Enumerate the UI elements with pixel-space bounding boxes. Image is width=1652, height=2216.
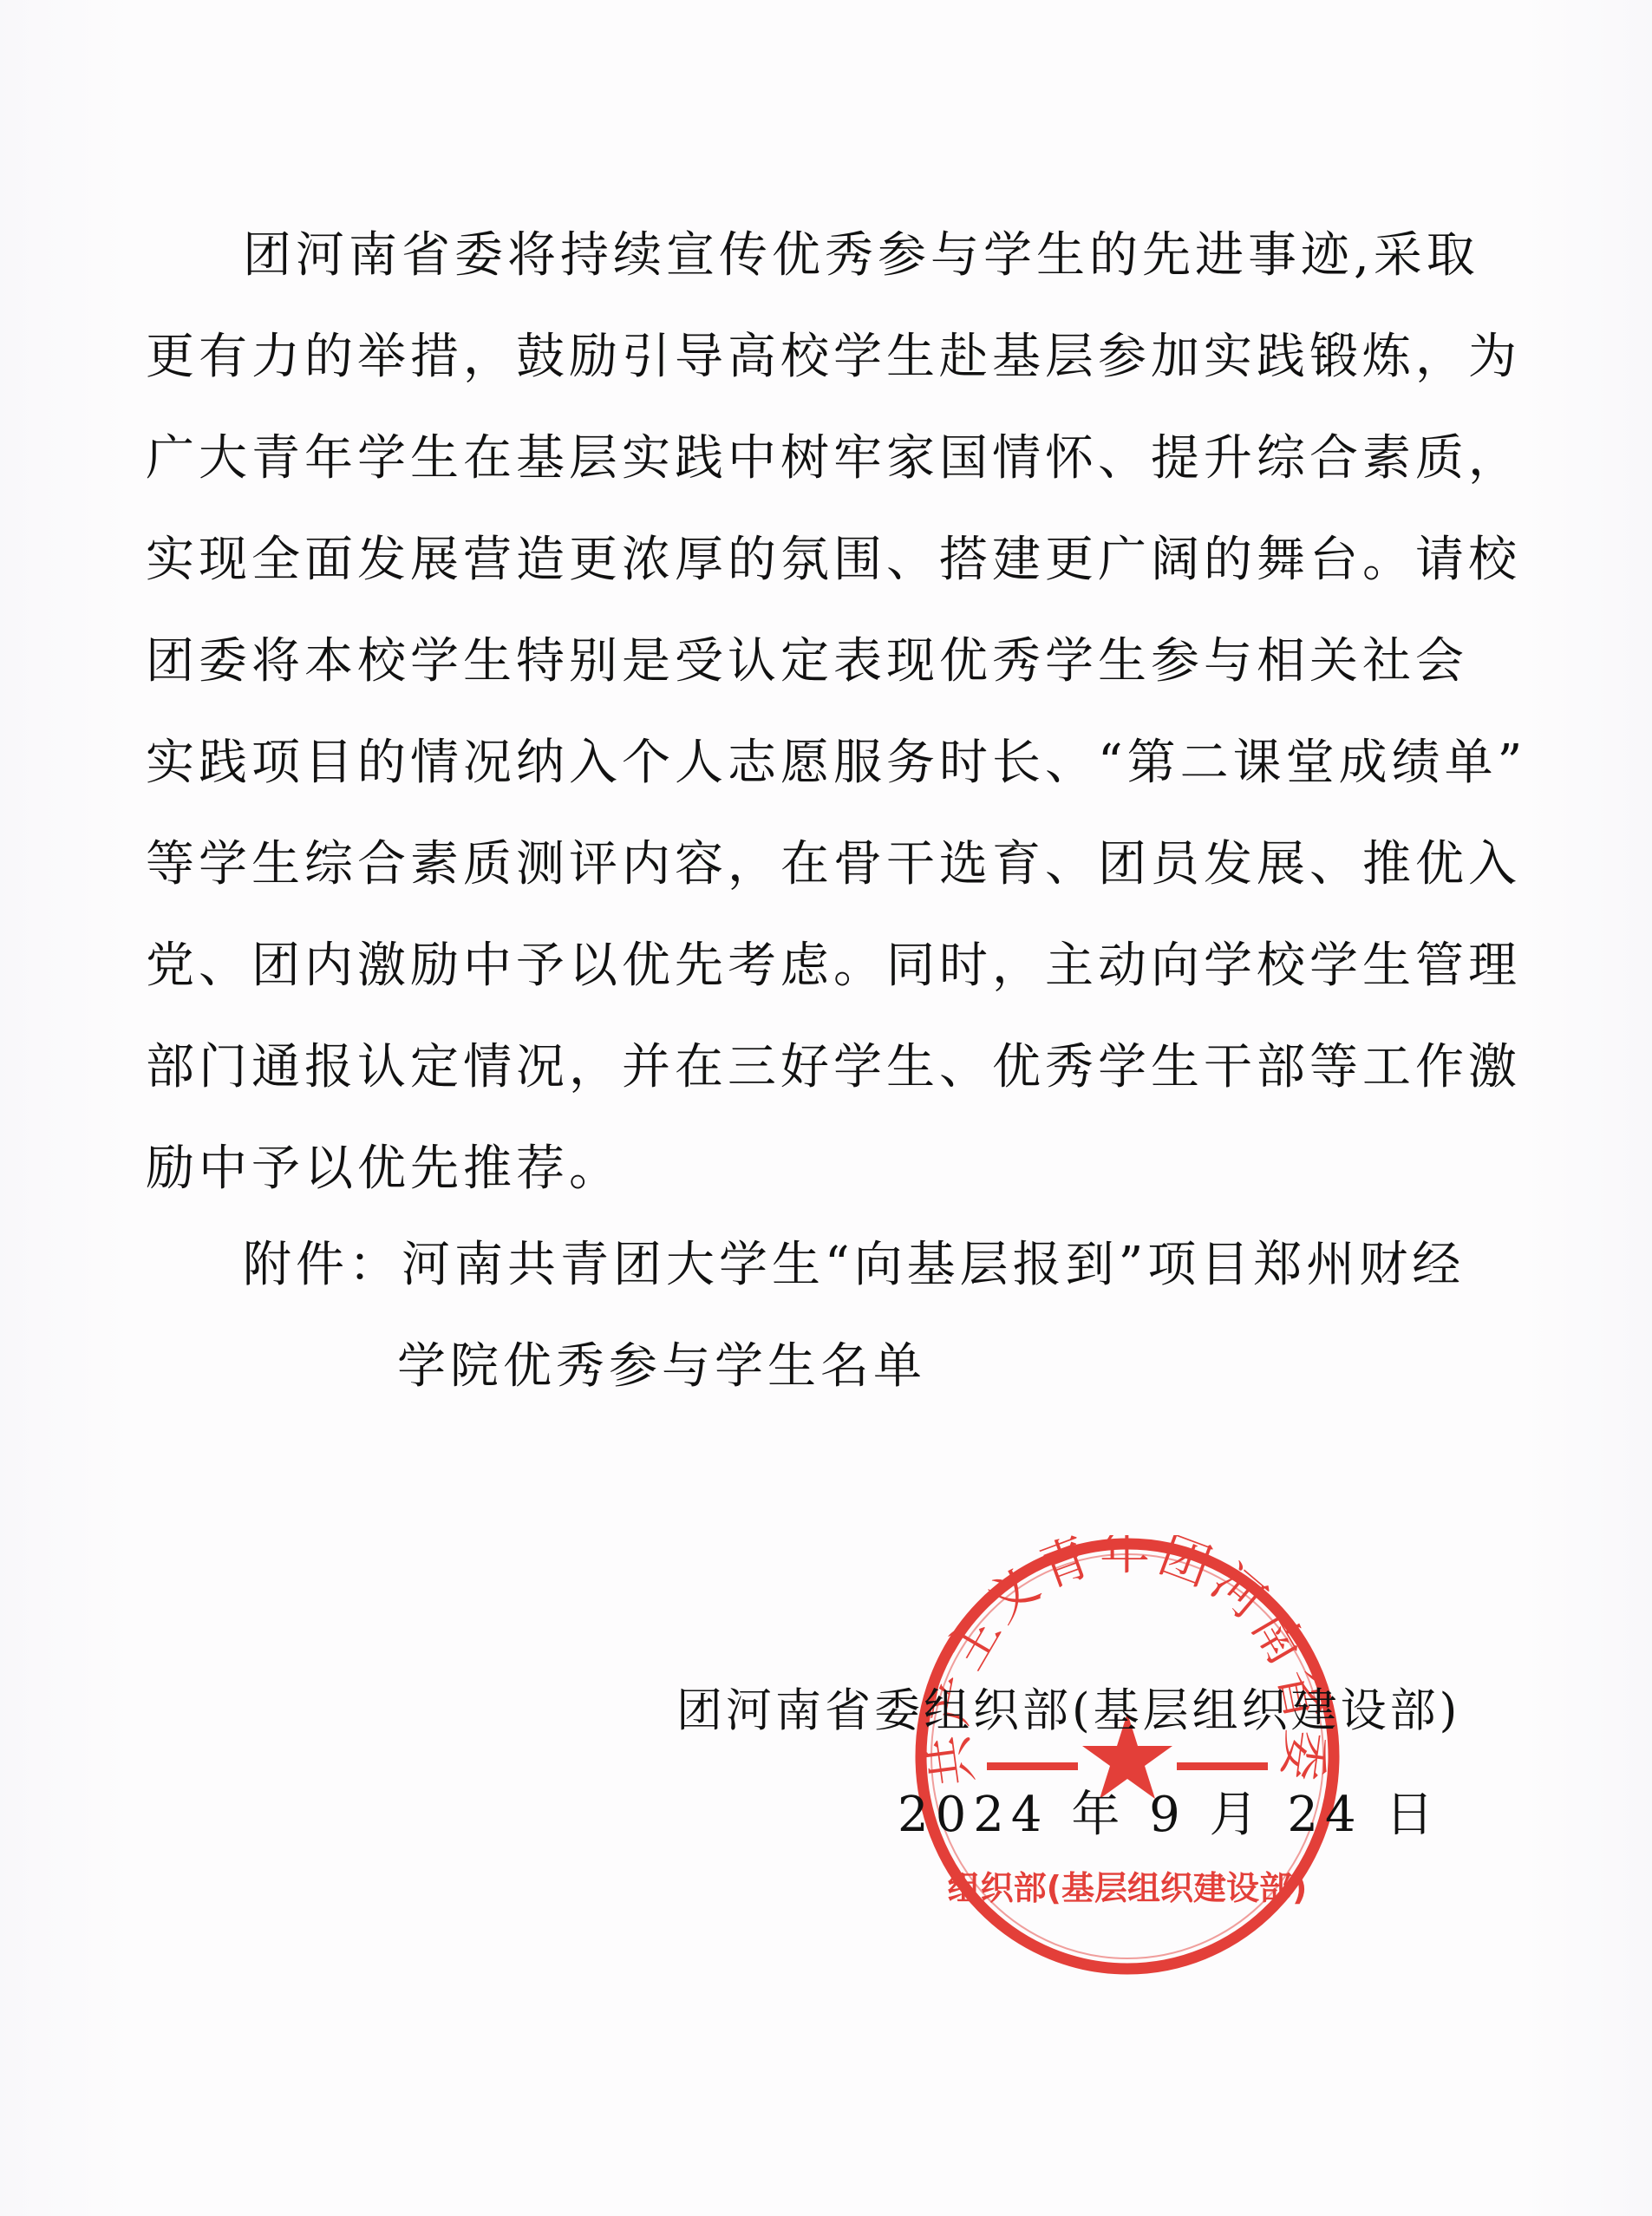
body-line: 部门通报认定情况，并在三好学生、优秀学生干部等工作激 (146, 1016, 1499, 1118)
body-line: 等学生综合素质测评内容，在骨干选育、团员发展、推优入 (146, 814, 1499, 915)
svg-text:组织部(基层组织建设部): 组织部(基层组织建设部) (948, 1869, 1308, 1907)
issue-date: 2024 年 9 月 24 日 (898, 1776, 1440, 1846)
body-line: 团委将本校学生特别是受认定表现优秀学生参与相关社会 (146, 611, 1499, 712)
attachment-note: 附件：河南共青团大学生“向基层报到”项目郑州财经 学院优秀参与学生名单 (243, 1214, 1465, 1417)
document-page: 团河南省委将持续宣传优秀参与学生的先进事迹,采取 更有力的举措，鼓励引导高校学生… (0, 0, 1652, 2216)
body-line: 实践项目的情况纳入个人志愿服务时长、“第二课堂成绩单” (146, 712, 1499, 814)
attachment-line: 学院优秀参与学生名单 (243, 1316, 1465, 1417)
body-line: 更有力的举措，鼓励引导高校学生赴基层参加实践锻炼，为 (146, 306, 1499, 408)
body-line: 党、团内激励中予以优先考虑。同时，主动向学校学生管理 (146, 915, 1499, 1016)
attachment-line: 附件：河南共青团大学生“向基层报到”项目郑州财经 (243, 1214, 1465, 1316)
body-paragraph: 团河南省委将持续宣传优秀参与学生的先进事迹,采取 更有力的举措，鼓励引导高校学生… (146, 205, 1499, 1219)
official-seal-icon: 中国共产主义青年团河南省委员会 组织部(基层组织建设部) (911, 1535, 1344, 1977)
body-line: 实现全面发展营造更浓厚的氛围、搭建更广阔的舞台。请校 (146, 509, 1499, 611)
body-line: 励中予以优先推荐。 (146, 1118, 1499, 1219)
body-line: 团河南省委将持续宣传优秀参与学生的先进事迹,采取 (146, 205, 1499, 306)
issuer-signature: 团河南省委组织部(基层组织建设部) (676, 1674, 1460, 1740)
body-line: 广大青年学生在基层实践中树牢家国情怀、提升综合素质， (146, 408, 1499, 509)
